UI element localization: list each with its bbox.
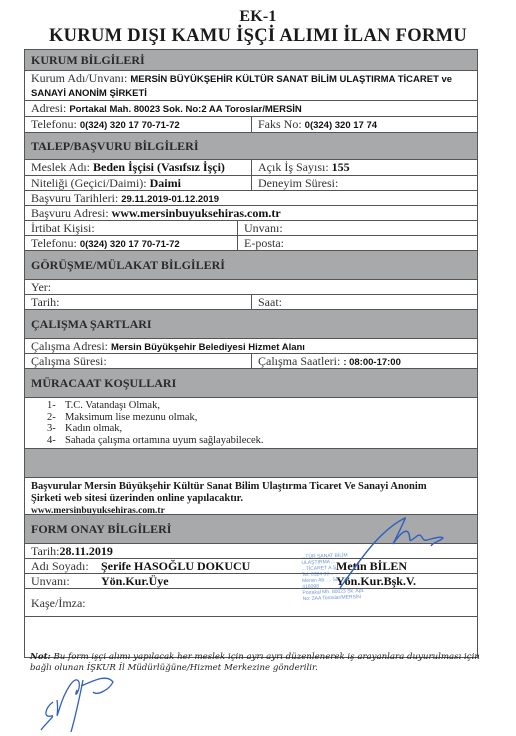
notice-line-2: Şirketi web sitesi üzerinden online yapı… (31, 493, 471, 505)
contact-label: İrtibat Kişisi: (31, 221, 95, 235)
interview-place-label: Yer: (31, 280, 51, 294)
work-address-label: Çalışma Adresi: (31, 339, 108, 353)
type-value: Daimi (150, 176, 181, 190)
row-kurum-address: Adresi: Portakal Mah. 80023 Sok. No:2 AA… (25, 101, 477, 117)
openings-label: Açık İş Sayısı: (258, 160, 329, 174)
experience-label: Deneyim Süresi: (258, 176, 338, 190)
approver-title-1: Yön.Kur.Üye (101, 574, 169, 588)
approver-name-label: Adı Soyadı: (31, 559, 89, 573)
section-kurum: KURUM BİLGİLERİ (25, 50, 477, 71)
kurum-fax-value: 0(324) 320 17 74 (305, 120, 377, 131)
kurum-address-value: Portakal Mah. 80023 Sok. No:2 AA Torosla… (69, 104, 301, 115)
blank-band (25, 449, 477, 478)
condition-item: 4-Sahada çalışma ortamına uyum sağlayabi… (47, 435, 477, 447)
kurum-name-value-1: MERSİN BÜYÜKŞEHİR KÜLTÜR SANAT BİLİM ULA… (130, 74, 452, 85)
kurum-address-label: Adresi: (31, 101, 66, 115)
kurum-phone-value: 0(324) 320 17 70-71-72 (80, 120, 180, 131)
row-dates: Başvuru Tarihleri: 29.11.2019-01.12.2019 (25, 191, 477, 206)
work-address-value: Mersin Büyükşehir Belediyesi Hizmet Alan… (111, 342, 305, 353)
contact-phone-value: 0(324) 320 17 70-71-72 (80, 239, 180, 250)
row-interview-date: Tarih: Saat: (25, 295, 477, 310)
notice-line-1: Başvurular Mersin Büyükşehir Kültür Sana… (31, 481, 471, 493)
row-interview-place: Yer: (25, 280, 477, 295)
dates-label: Başvuru Tarihleri: (31, 191, 118, 205)
job-label: Meslek Adı: (31, 160, 90, 174)
row-apply-address: Başvuru Adresi: www.mersinbuyuksehiras.c… (25, 206, 477, 221)
row-contact: İrtibat Kişisi: Unvanı: (25, 221, 477, 236)
type-label: Niteliği (Geçici/Daimi): (31, 176, 147, 190)
condition-item: 1-T.C. Vatandaşı Olmak, (47, 400, 477, 412)
work-duration-label: Çalışma Süresi: (31, 354, 107, 368)
section-gorusme: GÖRÜŞME/MÜLAKAT BİLGİLERİ (25, 251, 477, 280)
section-talep: TALEP/BAŞVURU BİLGİLERİ (25, 133, 477, 160)
section-calisma: ÇALIŞMA ŞARTLARI (25, 310, 477, 339)
approver-title-label: Unvanı: (31, 574, 70, 588)
row-stamp: Kaşe/İmza: (25, 589, 477, 617)
approval-date-label: Tarih: (31, 544, 59, 558)
page-title: KURUM DIŞI KAMU İŞÇİ ALIMI İLAN FORMU (0, 26, 516, 47)
work-hours-value: : 08:00-17:00 (343, 357, 401, 368)
interview-date-label: Tarih: (31, 295, 59, 309)
signature-icon (335, 510, 455, 590)
row-job: Meslek Adı: Beden İşçisi (Vasıfsız İşçi)… (25, 160, 477, 176)
conditions-list: 1-T.C. Vatandaşı Olmak, 2-Maksimum lise … (25, 398, 477, 449)
job-value: Beden İşçisi (Vasıfsız İşçi) (93, 160, 225, 174)
approval-date-value: 28.11.2019 (59, 544, 112, 558)
contact-phone-label: Telefonu: (31, 236, 77, 250)
openings-value: 155 (332, 160, 350, 174)
condition-item: 3-Kadın olmak, (47, 423, 477, 435)
kurum-name-label: Kurum Adı/Unvanı: (31, 71, 127, 85)
row-type: Niteliği (Geçici/Daimi): Daimi Deneyim S… (25, 176, 477, 191)
dates-value: 29.11.2019-01.12.2019 (121, 194, 219, 205)
row-kurum-phone: Telefonu: 0(324) 320 17 70-71-72 Faks No… (25, 117, 477, 133)
kurum-name-value-2: SANAYİ ANONİM ŞİRKETİ (31, 88, 147, 99)
apply-address-value: www.mersinbuyuksehiras.com.tr (112, 206, 281, 220)
stamp-label: Kaşe/İmza: (31, 596, 86, 610)
contact-title-label: Unvanı: (244, 221, 283, 235)
row-work-address: Çalışma Adresi: Mersin Büyükşehir Beledi… (25, 339, 477, 354)
initials-signature-icon (35, 660, 155, 735)
apply-address-label: Başvuru Adresi: (31, 206, 109, 220)
annex-label: EK-1 (0, 8, 516, 26)
email-label: E-posta: (244, 236, 284, 250)
section-muracaat: MÜRACAAT KOŞULLARI (25, 369, 477, 398)
kurum-phone-label: Telefonu: (31, 117, 77, 131)
kurum-fax-label: Faks No: (258, 117, 302, 131)
interview-time-label: Saat: (258, 295, 282, 309)
row-work-hours: Çalışma Süresi: Çalışma Saatleri: : 08:0… (25, 354, 477, 369)
row-blank (25, 617, 477, 657)
approver-name-1: Şerife HASOĞLU DOKUCU (101, 559, 250, 573)
row-kurum-name: Kurum Adı/Unvanı: MERSİN BÜYÜKŞEHİR KÜLT… (25, 71, 477, 101)
row-contact-phone: Telefonu: 0(324) 320 17 70-71-72 E-posta… (25, 236, 477, 251)
work-hours-label: Çalışma Saatleri: (258, 354, 340, 368)
condition-item: 2-Maksimum lise mezunu olmak, (47, 412, 477, 424)
